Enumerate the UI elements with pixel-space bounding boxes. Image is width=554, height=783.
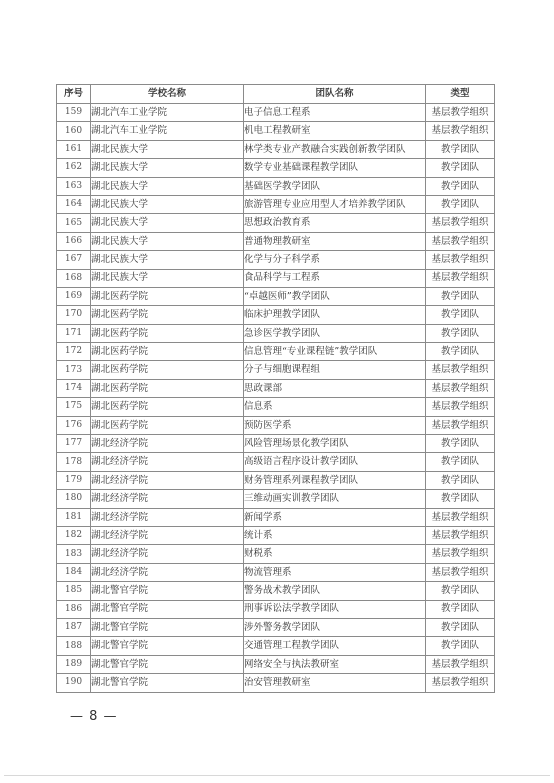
- cell-type: 教学团队: [426, 287, 495, 305]
- table-row: 161湖北民族大学林学类专业产教融合实践创新教学团队教学团队: [57, 140, 495, 158]
- cell-team: 分子与细胞课程组: [244, 361, 426, 379]
- cell-school: 湖北经济学院: [91, 471, 244, 489]
- table-row: 165湖北民族大学思想政治教育系基层教学组织: [57, 214, 495, 232]
- cell-type: 基层教学组织: [426, 104, 495, 122]
- table-row: 183湖北经济学院财税系基层教学组织: [57, 545, 495, 563]
- cell-school: 湖北医药学院: [91, 379, 244, 397]
- table-row: 162湖北民族大学数学专业基础课程教学团队教学团队: [57, 159, 495, 177]
- divider: [4, 775, 550, 776]
- cell-type: 基层教学组织: [426, 269, 495, 287]
- cell-no: 161: [57, 140, 91, 158]
- cell-no: 165: [57, 214, 91, 232]
- cell-type: 教学团队: [426, 140, 495, 158]
- cell-school: 湖北警官学院: [91, 600, 244, 618]
- cell-type: 教学团队: [426, 637, 495, 655]
- cell-team: 普通物理教研室: [244, 232, 426, 250]
- table-row: 184湖北经济学院物流管理系基层教学组织: [57, 563, 495, 581]
- cell-no: 167: [57, 251, 91, 269]
- cell-no: 174: [57, 379, 91, 397]
- cell-team: 林学类专业产教融合实践创新教学团队: [244, 140, 426, 158]
- cell-type: 教学团队: [426, 435, 495, 453]
- cell-type: 教学团队: [426, 343, 495, 361]
- table-body: 159湖北汽车工业学院电子信息工程系基层教学组织160湖北汽车工业学院机电工程教…: [57, 104, 495, 693]
- cell-school: 湖北民族大学: [91, 140, 244, 158]
- cell-team: 急诊医学教学团队: [244, 324, 426, 342]
- cell-type: 基层教学组织: [426, 214, 495, 232]
- cell-type: 教学团队: [426, 453, 495, 471]
- cell-no: 186: [57, 600, 91, 618]
- cell-team: 新闻学系: [244, 508, 426, 526]
- cell-type: 基层教学组织: [426, 232, 495, 250]
- cell-no: 182: [57, 526, 91, 544]
- cell-school: 湖北医药学院: [91, 324, 244, 342]
- cell-team: 预防医学系: [244, 416, 426, 434]
- cell-no: 169: [57, 287, 91, 305]
- cell-type: 基层教学组织: [426, 361, 495, 379]
- cell-team: 财税系: [244, 545, 426, 563]
- cell-school: 湖北经济学院: [91, 508, 244, 526]
- cell-school: 湖北经济学院: [91, 490, 244, 508]
- cell-no: 160: [57, 122, 91, 140]
- cell-no: 163: [57, 177, 91, 195]
- cell-school: 湖北民族大学: [91, 251, 244, 269]
- cell-no: 172: [57, 343, 91, 361]
- table-row: 186湖北警官学院刑事诉讼法学教学团队教学团队: [57, 600, 495, 618]
- table-row: 181湖北经济学院新闻学系基层教学组织: [57, 508, 495, 526]
- table-row: 170湖北医药学院临床护理教学团队教学团队: [57, 306, 495, 324]
- cell-school: 湖北警官学院: [91, 674, 244, 692]
- cell-no: 179: [57, 471, 91, 489]
- cell-team: 财务管理系列课程教学团队: [244, 471, 426, 489]
- table-row: 187湖北警官学院涉外警务教学团队教学团队: [57, 618, 495, 636]
- table-row: 171湖北医药学院急诊医学教学团队教学团队: [57, 324, 495, 342]
- table-row: 172湖北医药学院信息管理“专业课程链”教学团队教学团队: [57, 343, 495, 361]
- cell-school: 湖北医药学院: [91, 306, 244, 324]
- cell-school: 湖北警官学院: [91, 637, 244, 655]
- cell-school: 湖北医药学院: [91, 398, 244, 416]
- table-row: 174湖北医药学院思政课部基层教学组织: [57, 379, 495, 397]
- cell-school: 湖北医药学院: [91, 361, 244, 379]
- cell-type: 教学团队: [426, 471, 495, 489]
- header-team: 团队名称: [244, 85, 426, 104]
- cell-school: 湖北经济学院: [91, 526, 244, 544]
- cell-type: 基层教学组织: [426, 655, 495, 673]
- table-row: 163湖北民族大学基础医学教学团队教学团队: [57, 177, 495, 195]
- cell-no: 170: [57, 306, 91, 324]
- cell-team: 涉外警务教学团队: [244, 618, 426, 636]
- cell-type: 教学团队: [426, 618, 495, 636]
- table-row: 164湖北民族大学旅游管理专业应用型人才培养教学团队教学团队: [57, 195, 495, 213]
- cell-team: 物流管理系: [244, 563, 426, 581]
- cell-no: 159: [57, 104, 91, 122]
- cell-team: 机电工程教研室: [244, 122, 426, 140]
- cell-no: 190: [57, 674, 91, 692]
- cell-type: 基层教学组织: [426, 545, 495, 563]
- cell-no: 188: [57, 637, 91, 655]
- table-row: 177湖北经济学院风险管理场景化教学团队教学团队: [57, 435, 495, 453]
- cell-team: “卓越医师”教学团队: [244, 287, 426, 305]
- cell-team: 化学与分子科学系: [244, 251, 426, 269]
- cell-team: 刑事诉讼法学教学团队: [244, 600, 426, 618]
- table-row: 175湖北医药学院信息系基层教学组织: [57, 398, 495, 416]
- cell-type: 教学团队: [426, 159, 495, 177]
- table-row: 179湖北经济学院财务管理系列课程教学团队教学团队: [57, 471, 495, 489]
- cell-type: 基层教学组织: [426, 563, 495, 581]
- cell-school: 湖北警官学院: [91, 655, 244, 673]
- cell-school: 湖北民族大学: [91, 195, 244, 213]
- table-row: 176湖北医药学院预防医学系基层教学组织: [57, 416, 495, 434]
- cell-no: 162: [57, 159, 91, 177]
- cell-team: 风险管理场景化教学团队: [244, 435, 426, 453]
- cell-team: 思想政治教育系: [244, 214, 426, 232]
- cell-team: 信息系: [244, 398, 426, 416]
- table-row: 188湖北警官学院交通管理工程教学团队教学团队: [57, 637, 495, 655]
- cell-type: 基层教学组织: [426, 379, 495, 397]
- cell-school: 湖北汽车工业学院: [91, 104, 244, 122]
- cell-team: 网络安全与执法教研室: [244, 655, 426, 673]
- table-row: 160湖北汽车工业学院机电工程教研室基层教学组织: [57, 122, 495, 140]
- cell-team: 治安管理教研室: [244, 674, 426, 692]
- table-row: 190湖北警官学院治安管理教研室基层教学组织: [57, 674, 495, 692]
- cell-type: 教学团队: [426, 600, 495, 618]
- cell-school: 湖北民族大学: [91, 269, 244, 287]
- cell-no: 189: [57, 655, 91, 673]
- cell-type: 基层教学组织: [426, 526, 495, 544]
- cell-type: 教学团队: [426, 490, 495, 508]
- cell-school: 湖北民族大学: [91, 159, 244, 177]
- cell-type: 基层教学组织: [426, 398, 495, 416]
- cell-team: 警务战术教学团队: [244, 582, 426, 600]
- cell-team: 统计系: [244, 526, 426, 544]
- cell-team: 三维动画实训教学团队: [244, 490, 426, 508]
- cell-team: 基础医学教学团队: [244, 177, 426, 195]
- table-row: 169湖北医药学院“卓越医师”教学团队教学团队: [57, 287, 495, 305]
- cell-school: 湖北医药学院: [91, 287, 244, 305]
- cell-no: 184: [57, 563, 91, 581]
- header-no: 序号: [57, 85, 91, 104]
- cell-school: 湖北医药学院: [91, 416, 244, 434]
- cell-type: 基层教学组织: [426, 508, 495, 526]
- table-row: 182湖北经济学院统计系基层教学组织: [57, 526, 495, 544]
- table-row: 168湖北民族大学食品科学与工程系基层教学组织: [57, 269, 495, 287]
- cell-type: 基层教学组织: [426, 416, 495, 434]
- cell-no: 168: [57, 269, 91, 287]
- cell-school: 湖北民族大学: [91, 232, 244, 250]
- cell-team: 思政课部: [244, 379, 426, 397]
- document-page: 序号 学校名称 团队名称 类型 159湖北汽车工业学院电子信息工程系基层教学组织…: [0, 0, 554, 783]
- cell-type: 基层教学组织: [426, 251, 495, 269]
- table-row: 180湖北经济学院三维动画实训教学团队教学团队: [57, 490, 495, 508]
- cell-no: 181: [57, 508, 91, 526]
- cell-type: 基层教学组织: [426, 674, 495, 692]
- cell-team: 数学专业基础课程教学团队: [244, 159, 426, 177]
- cell-no: 183: [57, 545, 91, 563]
- cell-no: 177: [57, 435, 91, 453]
- cell-school: 湖北经济学院: [91, 545, 244, 563]
- table-row: 189湖北警官学院网络安全与执法教研室基层教学组织: [57, 655, 495, 673]
- team-roster-table: 序号 学校名称 团队名称 类型 159湖北汽车工业学院电子信息工程系基层教学组织…: [56, 84, 495, 693]
- cell-type: 教学团队: [426, 324, 495, 342]
- cell-no: 171: [57, 324, 91, 342]
- cell-team: 交通管理工程教学团队: [244, 637, 426, 655]
- cell-school: 湖北经济学院: [91, 453, 244, 471]
- cell-type: 教学团队: [426, 177, 495, 195]
- table-row: 185湖北警官学院警务战术教学团队教学团队: [57, 582, 495, 600]
- cell-type: 基层教学组织: [426, 122, 495, 140]
- cell-school: 湖北警官学院: [91, 582, 244, 600]
- cell-no: 185: [57, 582, 91, 600]
- cell-type: 教学团队: [426, 306, 495, 324]
- table-header-row: 序号 学校名称 团队名称 类型: [57, 85, 495, 104]
- cell-no: 187: [57, 618, 91, 636]
- cell-team: 电子信息工程系: [244, 104, 426, 122]
- cell-team: 高级语言程序设计教学团队: [244, 453, 426, 471]
- cell-school: 湖北经济学院: [91, 563, 244, 581]
- cell-school: 湖北汽车工业学院: [91, 122, 244, 140]
- cell-team: 临床护理教学团队: [244, 306, 426, 324]
- cell-type: 教学团队: [426, 582, 495, 600]
- cell-school: 湖北民族大学: [91, 177, 244, 195]
- cell-type: 教学团队: [426, 195, 495, 213]
- cell-no: 178: [57, 453, 91, 471]
- cell-no: 180: [57, 490, 91, 508]
- cell-no: 166: [57, 232, 91, 250]
- cell-school: 湖北警官学院: [91, 618, 244, 636]
- header-type: 类型: [426, 85, 495, 104]
- cell-no: 175: [57, 398, 91, 416]
- table-row: 178湖北经济学院高级语言程序设计教学团队教学团队: [57, 453, 495, 471]
- table-row: 159湖北汽车工业学院电子信息工程系基层教学组织: [57, 104, 495, 122]
- table-row: 166湖北民族大学普通物理教研室基层教学组织: [57, 232, 495, 250]
- cell-team: 食品科学与工程系: [244, 269, 426, 287]
- cell-team: 信息管理“专业课程链”教学团队: [244, 343, 426, 361]
- cell-school: 湖北医药学院: [91, 343, 244, 361]
- table-row: 167湖北民族大学化学与分子科学系基层教学组织: [57, 251, 495, 269]
- cell-school: 湖北民族大学: [91, 214, 244, 232]
- cell-no: 173: [57, 361, 91, 379]
- page-number: — 8 —: [70, 709, 118, 724]
- table-row: 173湖北医药学院分子与细胞课程组基层教学组织: [57, 361, 495, 379]
- cell-no: 164: [57, 195, 91, 213]
- cell-no: 176: [57, 416, 91, 434]
- cell-team: 旅游管理专业应用型人才培养教学团队: [244, 195, 426, 213]
- cell-school: 湖北经济学院: [91, 435, 244, 453]
- header-school: 学校名称: [91, 85, 244, 104]
